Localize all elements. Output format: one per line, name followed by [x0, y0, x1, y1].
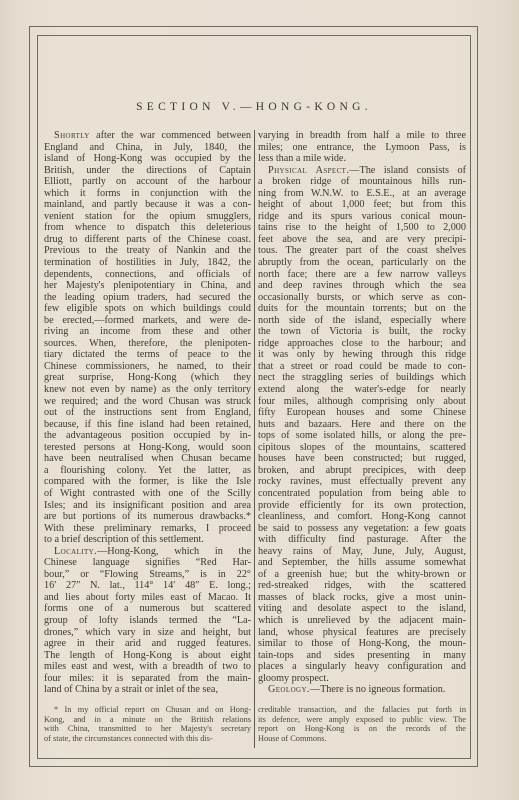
- text-line: be erected,—formed markets, and were de-: [44, 315, 251, 327]
- text-line: drug to different parts of the Chinese c…: [44, 234, 251, 246]
- text-line: be said to possess any vegetation: a few…: [258, 523, 466, 535]
- text-line: duits for the mountain torrents; but on …: [258, 303, 466, 315]
- text-line: huts and bazaars. Here and there on the: [258, 419, 466, 431]
- footnote-right: creditable transaction, and the fallacie…: [258, 705, 466, 743]
- text-line: Elliott, partly on account of the harbou…: [44, 176, 251, 188]
- text-line: tain-tops and sides presenting in many: [258, 650, 466, 662]
- text-line: land, whose physical features are precis…: [258, 627, 466, 639]
- left-column: Shortly after the war commenced betweenE…: [44, 130, 251, 696]
- text-line: riving an income from these and other: [44, 326, 251, 338]
- footnote-line: * In my official report on Chusan and on…: [44, 705, 251, 715]
- text-line: four miles: it is separated from the mai…: [44, 673, 251, 685]
- text-line: knew not even by name) as the only terri…: [44, 384, 251, 396]
- text-line: feet above the sea, and are very precipi…: [258, 234, 466, 246]
- text-line: are but portions of its numerous drawbac…: [44, 511, 251, 523]
- text-line: bour,” or “Flowing Streams,” is in 22°: [44, 569, 251, 581]
- text-line: dependents, connections, and officials o…: [44, 269, 251, 281]
- right-column: varying in breadth from half a mile to t…: [258, 130, 466, 696]
- text-line: to a brief description of this settlemen…: [44, 534, 251, 546]
- text-line: concentrated population from being able …: [258, 488, 466, 500]
- text-line: compared with the former, is like the Is…: [44, 476, 251, 488]
- text-line: island of Hong-Kong was occupied by the: [44, 153, 251, 165]
- text-line: it was only by hewing through this ridge: [258, 349, 466, 361]
- paragraph: Locality.—Hong-Kong, which in theChinese…: [44, 546, 251, 696]
- text-line: ridge and its spurs various conical moun…: [258, 211, 466, 223]
- text-line: group of lofty islands termed the “La-: [44, 615, 251, 627]
- text-line: her Majesty's plenipotentiary in China, …: [44, 280, 251, 292]
- text-line: cipitous slopes of the mountains, scatte…: [258, 442, 466, 454]
- text-line: The length of Hong-Kong is about eight: [44, 650, 251, 662]
- text-line: out of the instructions sent from Englan…: [44, 407, 251, 419]
- text-line: from whence to dispatch this deleterious: [44, 222, 251, 234]
- section-title: SECTION V.—HONG-KONG.: [37, 101, 471, 113]
- text-line: few eligible spots on which buildings co…: [44, 303, 251, 315]
- text-line: provide efficiently for its own protecti…: [258, 500, 466, 512]
- text-line: north face; there are a few narrow valle…: [258, 269, 466, 281]
- paragraph-lead-smallcaps: Shortly: [54, 130, 90, 141]
- footnote-line: report on Hong-Kong is on the records of…: [258, 724, 466, 734]
- text-line: tous. The greater part of the coast shel…: [258, 245, 466, 257]
- text-line: and lies about forty miles east of Macao…: [44, 592, 251, 604]
- paragraph-lead-smallcaps: Geology.: [268, 684, 310, 695]
- paragraph-lead-smallcaps: Physical Aspect.: [268, 165, 349, 176]
- text-line: miles east and west, with a breadth of t…: [44, 661, 251, 673]
- text-line: Locality.—Hong-Kong, which in the: [44, 546, 251, 558]
- text-line: agree in their arid and rugged features.: [44, 638, 251, 650]
- text-line: miles; one entrance, the Lymoon Pass, is: [258, 142, 466, 154]
- text-line: mainland, and partly because it was a co…: [44, 199, 251, 211]
- paragraph-lead-smallcaps: Locality.: [54, 546, 97, 557]
- text-line: Previous to the treaty of Nankin and the: [44, 245, 251, 257]
- text-line: houses have been constructed; but rugged…: [258, 453, 466, 465]
- text-line: termination of hostilities in July, 1842…: [44, 257, 251, 269]
- text-line: sources. When, therefore, the plenipoten…: [44, 338, 251, 350]
- text-line: ridge approaches close to the harbour; a…: [258, 338, 466, 350]
- text-line: 16′ 27″ N. lat., 114° 14′ 48″ E. long.;: [44, 580, 251, 592]
- text-line: less than a mile wide.: [258, 153, 466, 165]
- text-line: nect the straggling series of buildings …: [258, 372, 466, 384]
- text-line: with difficulty find pasturage. After th…: [258, 534, 466, 546]
- text-line: places a singularly heavy configuration …: [258, 661, 466, 673]
- footnote-line: of state, the circumstances connected wi…: [44, 734, 251, 744]
- footnote-line: Kong, and in a minute on the British rel…: [44, 715, 251, 725]
- text-line: height of about 1,000 feet; but from thi…: [258, 199, 466, 211]
- text-line: venient station for the opium smugglers,: [44, 211, 251, 223]
- text-line: the advantageous position occupied by in…: [44, 430, 251, 442]
- text-line: ning from W.N.W. to E.S.E., at an averag…: [258, 188, 466, 200]
- text-line: abruptly from the ocean, particularly on…: [258, 257, 466, 269]
- footnote-line: its defence, were amply exposed to publi…: [258, 715, 466, 725]
- text-line: a flourishing colony. Yet the latter, as: [44, 465, 251, 477]
- text-line: forms one of a numerous but scattered: [44, 603, 251, 615]
- footnote-line: House of Commons.: [258, 734, 466, 744]
- text-line: drones,” which vary in size and height, …: [44, 627, 251, 639]
- text-line: viting and desolate aspect to the island…: [258, 603, 466, 615]
- text-line: north side of the island, especially whe…: [258, 315, 466, 327]
- text-line: of Wight contrasted with one of the Scil…: [44, 488, 251, 500]
- paragraph: Physical Aspect.—The island consists ofa…: [258, 165, 466, 685]
- text-line: tops of some isolated hills, or along th…: [258, 430, 466, 442]
- text-line: gloomy prospect.: [258, 673, 466, 685]
- text-line: and deep ravines through which the sea: [258, 280, 466, 292]
- text-line: four miles, although comprising only abo…: [258, 396, 466, 408]
- footnote-line: with China, transmitted to her Majesty's…: [44, 724, 251, 734]
- text-line: which is unrelieved by the adjacent main…: [258, 615, 466, 627]
- text-line: terested persons at Hong-Kong, would soo…: [44, 442, 251, 454]
- text-line: extend along the water's-edge for nearly: [258, 384, 466, 396]
- text-line: Physical Aspect.—The island consists of: [258, 165, 466, 177]
- text-line: cleanliness, and comfort. Hong-Kong cann…: [258, 511, 466, 523]
- text-line: have been neutralised when Chusan became: [44, 453, 251, 465]
- text-line: British, under the directions of Captain: [44, 165, 251, 177]
- column-divider-rule: [254, 130, 255, 748]
- footnote-left: * In my official report on Chusan and on…: [44, 705, 251, 743]
- text-line: great surprise, Hong-Kong (which they: [44, 372, 251, 384]
- text-line: fifty European houses and some Chinese: [258, 407, 466, 419]
- footnote-line: creditable transaction, and the fallacie…: [258, 705, 466, 715]
- paragraph: Geology.—There is no igneous formation.: [258, 684, 466, 696]
- text-line: Isles; and its insignificant position an…: [44, 500, 251, 512]
- text-line: that a street or road could be made to c…: [258, 361, 466, 373]
- text-line: With these preliminary remarks, I procee…: [44, 523, 251, 535]
- text-line: the town of Victoria is built, the rocky: [258, 326, 466, 338]
- text-line: tains rise to the height of 1,500 to 2,0…: [258, 222, 466, 234]
- paragraph: varying in breadth from half a mile to t…: [258, 130, 466, 165]
- text-line: rocky ravines, must effectually prevent …: [258, 476, 466, 488]
- text-line: masses of black rocks, give a most unin-: [258, 592, 466, 604]
- text-line: land of China by a strait or inlet of th…: [44, 684, 251, 696]
- text-line: a broken ridge of mountainous hills run-: [258, 176, 466, 188]
- text-line: Geology.—There is no igneous formation.: [258, 684, 466, 696]
- text-line: occasionally bursts, or which serve as c…: [258, 292, 466, 304]
- text-line: similar to those of Hong-Kong, the moun-: [258, 638, 466, 650]
- text-line: Chinese commissioners, he named, to thei…: [44, 361, 251, 373]
- text-line: broken, and abrupt precipices, with deep: [258, 465, 466, 477]
- text-line: red-streaked ridges, with the scattered: [258, 580, 466, 592]
- text-line: we required; and the word Chusan was str…: [44, 396, 251, 408]
- text-line: the leading opium traders, had secured t…: [44, 292, 251, 304]
- text-line: heavy rains of May, June, July, August,: [258, 546, 466, 558]
- text-line: Chinese language signifies “Red Har-: [44, 557, 251, 569]
- text-line: which it forms in conjunction with the: [44, 188, 251, 200]
- text-line: varying in breadth from half a mile to t…: [258, 130, 466, 142]
- paragraph: Shortly after the war commenced betweenE…: [44, 130, 251, 546]
- text-line: Shortly after the war commenced between: [44, 130, 251, 142]
- text-line: of a greenish hue; but the whity-brown o…: [258, 569, 466, 581]
- text-line: and September, the hills assume somewhat: [258, 557, 466, 569]
- text-line: tiary dictated the terms of peace to the: [44, 349, 251, 361]
- text-line: because, if this fine island had been re…: [44, 419, 251, 431]
- text-line: England and China, in July, 1840, the: [44, 142, 251, 154]
